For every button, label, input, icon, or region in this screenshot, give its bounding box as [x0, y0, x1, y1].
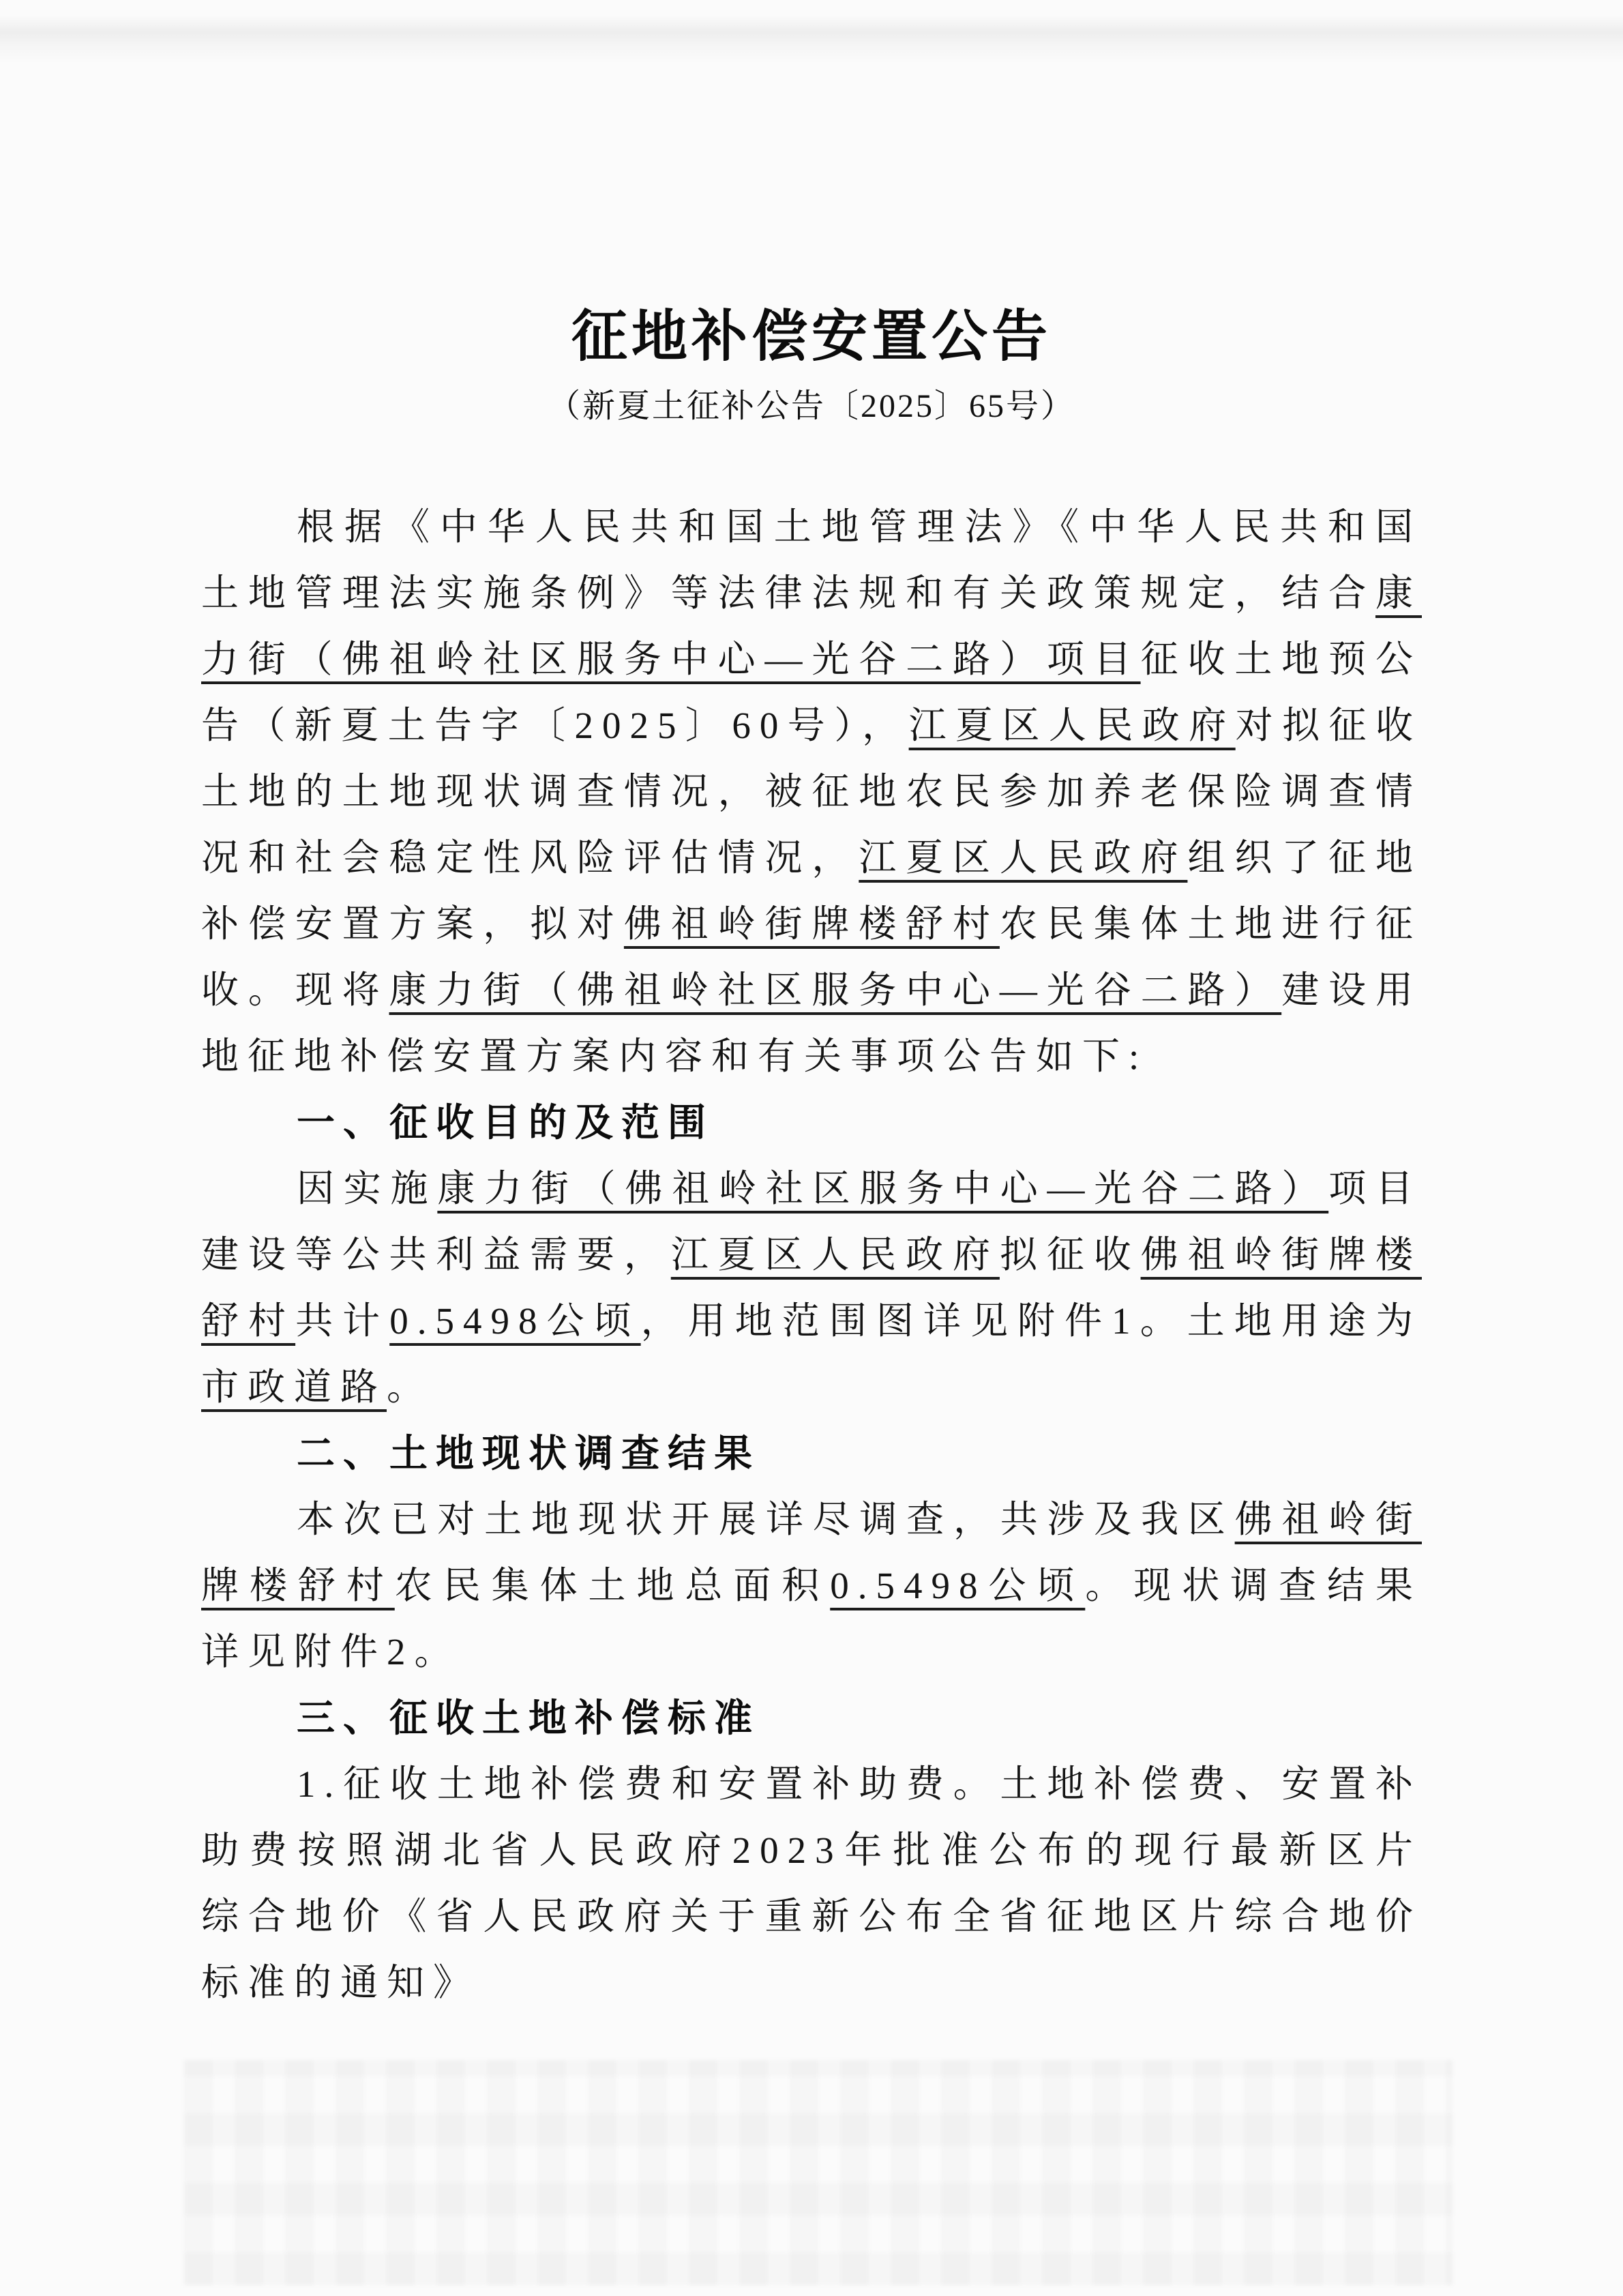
document-body: 根据《中华人民共和国土地管理法》《中华人民共和国土地管理法实施条例》等法律法规和… — [201, 494, 1422, 2016]
text-run: 拟征收 — [1000, 1234, 1141, 1276]
underlined-text: 江夏区人民政府 — [909, 705, 1236, 746]
bleed-through-artifact — [184, 2060, 1453, 2285]
underlined-text: 0.5498公顷 — [830, 1565, 1085, 1606]
doc-number: （新夏土征补公告〔2025〕65号） — [0, 385, 1623, 428]
text-run: 农民集体土地总面积 — [395, 1565, 830, 1606]
underlined-text: 江夏区人民政府 — [671, 1234, 1000, 1276]
text-run: 。 — [387, 1366, 433, 1408]
underlined-text: 市政道路 — [201, 1366, 387, 1408]
scanned-page: 征地补偿安置公告 （新夏土征补公告〔2025〕65号） 根据《中华人民共和国土地… — [0, 0, 1623, 2296]
text-run: ，用地范围图详见附件1。土地用途为 — [641, 1300, 1422, 1342]
section-heading: 二、土地现状调查结果 — [201, 1420, 1422, 1486]
underlined-text: 佛祖岭街牌楼舒村 — [624, 903, 1000, 945]
paragraph: 本次已对土地现状开展详尽调查，共涉及我区佛祖岭街牌楼舒村农民集体土地总面积0.5… — [201, 1486, 1422, 1685]
underlined-text: 江夏区人民政府 — [859, 837, 1187, 879]
section-heading: 一、征收目的及范围 — [201, 1089, 1422, 1156]
underlined-text: 0.5498公顷 — [389, 1300, 640, 1342]
text-run: 1.征收土地补偿费和安置补助费。土地补偿费、安置补助费按照湖北省人民政府2023… — [201, 1763, 1422, 2003]
paragraph: 因实施康力街（佛祖岭社区服务中心—光谷二路）项目建设等公共利益需要，江夏区人民政… — [201, 1156, 1422, 1420]
section-heading: 三、征收土地补偿标准 — [201, 1685, 1422, 1751]
text-run: 共计 — [295, 1300, 389, 1342]
page-title: 征地补偿安置公告 — [0, 0, 1623, 375]
text-run: 根据《中华人民共和国土地管理法》《中华人民共和国土地管理法实施条例》等法律法规和… — [201, 506, 1422, 614]
underlined-text: 康力街（佛祖岭社区服务中心—光谷二路） — [389, 969, 1282, 1011]
paragraph: 1.征收土地补偿费和安置补助费。土地补偿费、安置补助费按照湖北省人民政府2023… — [201, 1751, 1422, 2016]
paragraph: 根据《中华人民共和国土地管理法》《中华人民共和国土地管理法实施条例》等法律法规和… — [201, 494, 1422, 1089]
text-run: 因实施 — [297, 1168, 437, 1209]
underlined-text: 康力街（佛祖岭社区服务中心—光谷二路） — [437, 1168, 1328, 1209]
text-run: 本次已对土地现状开展详尽调查，共涉及我区 — [297, 1499, 1235, 1540]
